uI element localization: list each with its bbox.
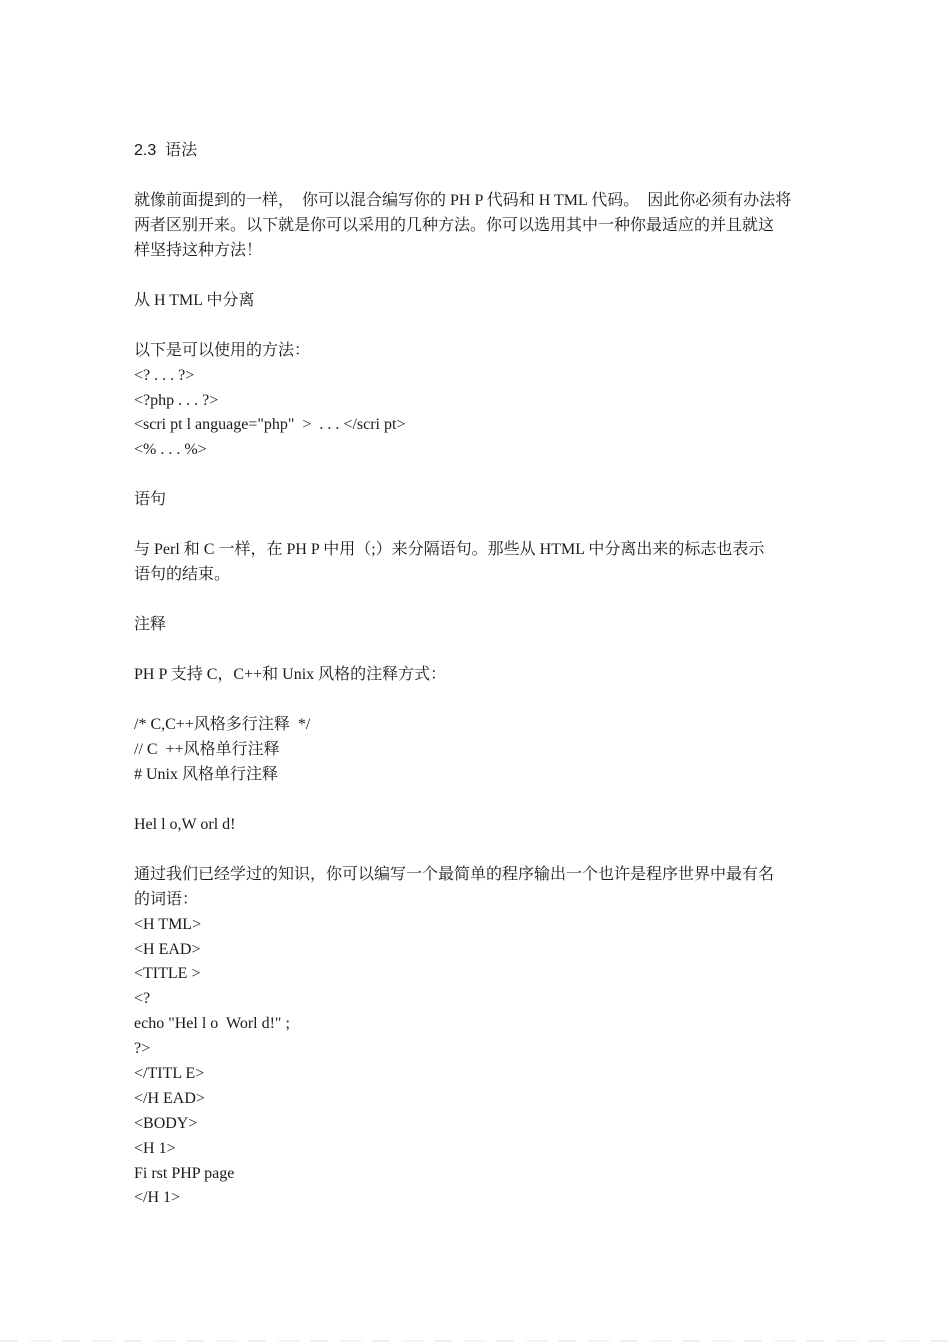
section-heading: 2.3 语法 (134, 139, 834, 164)
scan-artifact-line (0, 1340, 950, 1342)
code-line: <% . . . %> (134, 438, 834, 463)
spacer (134, 838, 834, 863)
code-line: <? . . . ?> (134, 364, 834, 389)
code-line: <H TML> (134, 913, 834, 938)
intro-paragraph: 就像前面提到的一样， 你可以混合编写你的 PH P 代码和 H TML 代码。 … (134, 189, 834, 264)
document-page: 2.3 语法 就像前面提到的一样， 你可以混合编写你的 PH P 代码和 H T… (134, 139, 834, 1211)
hello-code-block: <H TML> <H EAD> <TITLE > <? echo "Hel l … (134, 913, 834, 1212)
spacer (134, 688, 834, 713)
paragraph-line: 样坚持这种方法！ (134, 239, 834, 264)
comment-examples-list: /* C,C++风格多行注释 */ // C ++风格单行注释 # Unix 风… (134, 713, 834, 788)
code-line: </TITL E> (134, 1062, 834, 1087)
spacer (134, 638, 834, 663)
paragraph-line: 的词语： (134, 888, 834, 913)
hello-heading: Hel l o,W orl d! (134, 813, 834, 838)
spacer (134, 264, 834, 289)
code-line: <?php . . . ?> (134, 389, 834, 414)
code-line: // C ++风格单行注释 (134, 738, 834, 763)
hello-paragraph: 通过我们已经学过的知识，你可以编写一个最简单的程序输出一个也许是程序世界中最有名… (134, 863, 834, 913)
spacer (134, 314, 834, 339)
statements-paragraph: 与 Perl 和 C 一样，在 PH P 中用（;）来分隔语句。那些从 HTML… (134, 538, 834, 588)
separation-lead: 以下是可以使用的方法： (134, 339, 834, 364)
code-line: echo "Hel l o Worl d!" ; (134, 1012, 834, 1037)
statements-heading: 语句 (134, 488, 834, 513)
code-line: </H 1> (134, 1186, 834, 1211)
code-line: </H EAD> (134, 1087, 834, 1112)
paragraph-line: 就像前面提到的一样， 你可以混合编写你的 PH P 代码和 H TML 代码。 … (134, 189, 834, 214)
spacer (134, 513, 834, 538)
comments-heading: 注释 (134, 613, 834, 638)
code-line: Fi rst PHP page (134, 1162, 834, 1187)
spacer (134, 788, 834, 813)
code-line: <BODY> (134, 1112, 834, 1137)
paragraph-line: 两者区别开来。以下就是你可以采用的几种方法。你可以选用其中一种你最适应的并且就这 (134, 214, 834, 239)
code-line: <H EAD> (134, 938, 834, 963)
paragraph-line: 语句的结束。 (134, 563, 834, 588)
paragraph-line: 通过我们已经学过的知识，你可以编写一个最简单的程序输出一个也许是程序世界中最有名 (134, 863, 834, 888)
code-line: /* C,C++风格多行注释 */ (134, 713, 834, 738)
spacer (134, 588, 834, 613)
code-line: # Unix 风格单行注释 (134, 763, 834, 788)
spacer (134, 463, 834, 488)
spacer (134, 164, 834, 189)
code-line: <? (134, 987, 834, 1012)
separation-methods-list: <? . . . ?> <?php . . . ?> <scri pt l an… (134, 364, 834, 464)
code-line: <TITLE > (134, 962, 834, 987)
separation-heading: 从 H TML 中分离 (134, 289, 834, 314)
code-line: <scri pt l anguage="php" > . . . </scri … (134, 413, 834, 438)
comments-lead: PH P 支持 C，C++和 Unix 风格的注释方式： (134, 663, 834, 688)
paragraph-line: 与 Perl 和 C 一样，在 PH P 中用（;）来分隔语句。那些从 HTML… (134, 538, 834, 563)
code-line: <H 1> (134, 1137, 834, 1162)
code-line: ?> (134, 1037, 834, 1062)
